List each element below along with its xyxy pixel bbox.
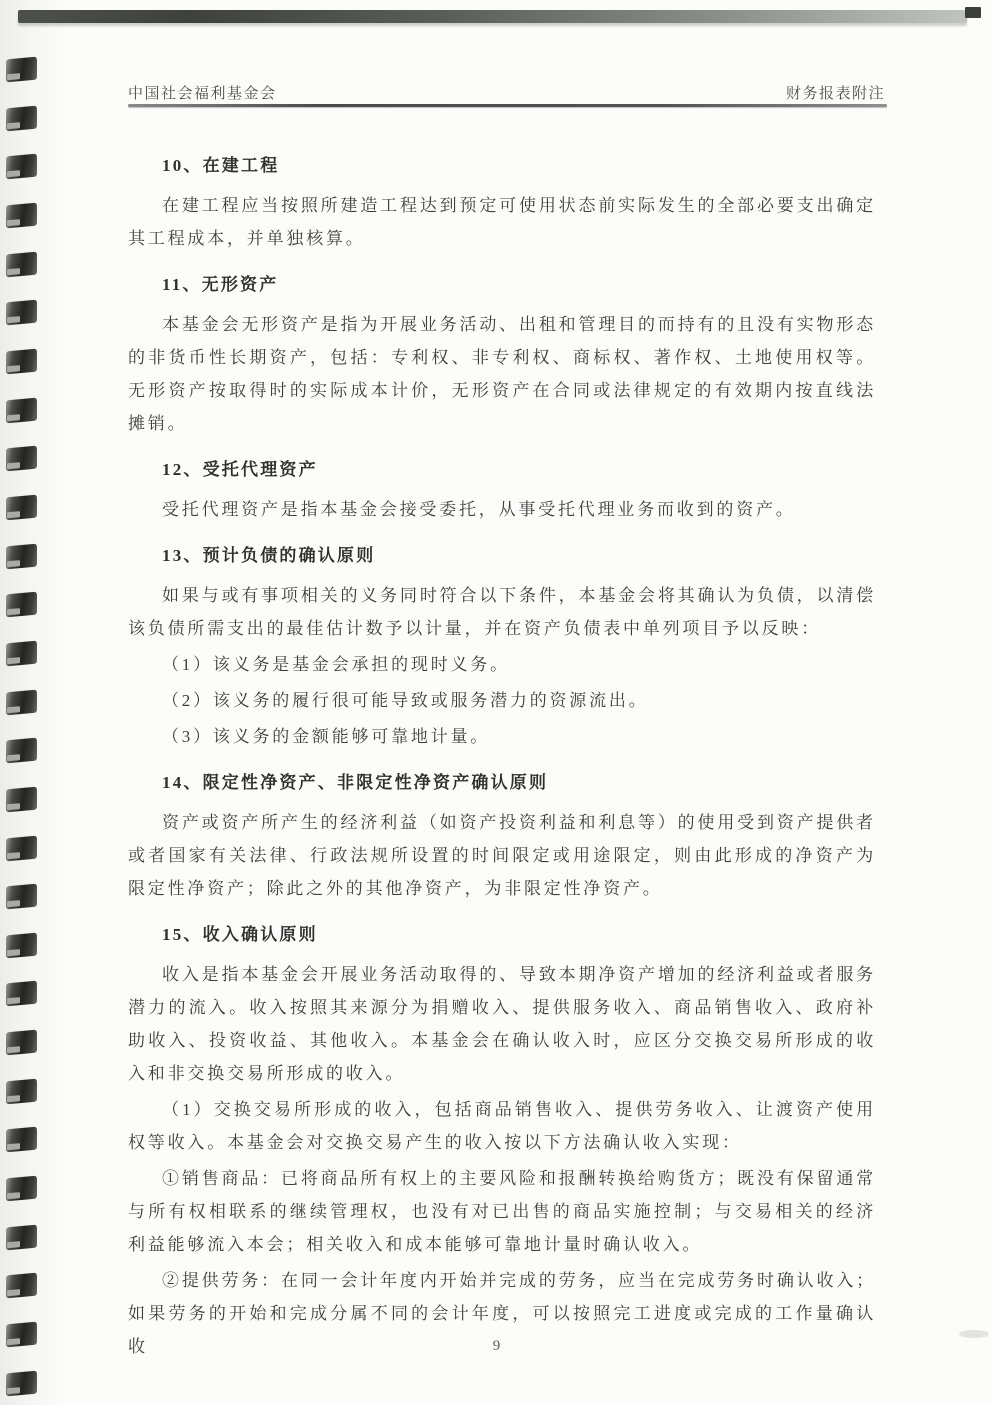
spiral-coil-mark bbox=[6, 543, 37, 569]
spiral-coil-mark bbox=[6, 349, 37, 375]
spiral-coil-mark bbox=[6, 1273, 37, 1299]
spiral-coil-mark bbox=[6, 105, 37, 131]
spiral-coil-mark bbox=[6, 495, 37, 521]
spiral-coil-mark bbox=[6, 981, 37, 1007]
spiral-coil-mark bbox=[6, 1224, 37, 1250]
spiral-coil-mark bbox=[6, 689, 37, 715]
paragraph: （1）该义务是基金会承担的现时义务。 bbox=[128, 648, 876, 681]
section-heading: 15、收入确认原则 bbox=[128, 918, 876, 951]
spiral-coil-mark bbox=[6, 592, 37, 618]
spiral-coil-mark bbox=[6, 203, 37, 229]
spiral-coil-mark bbox=[6, 835, 37, 861]
spiral-coil-mark bbox=[6, 1030, 37, 1056]
page-number: 9 bbox=[0, 1338, 993, 1355]
spiral-coil-mark bbox=[6, 786, 37, 812]
spiral-coil-mark bbox=[6, 641, 37, 667]
spiral-coil-mark bbox=[6, 57, 37, 83]
paragraph: 本基金会无形资产是指为开展业务活动、出租和管理目的而持有的且没有实物形态的非货币… bbox=[128, 308, 876, 440]
section-heading: 11、无形资产 bbox=[128, 268, 876, 301]
paragraph: 资产或资产所产生的经济利益（如资产投资利益和利息等）的使用受到资产提供者或者国家… bbox=[128, 806, 876, 905]
paragraph: （2）该义务的履行很可能导致或服务潜力的资源流出。 bbox=[128, 684, 876, 717]
paragraph: 受托代理资产是指本基金会接受委托，从事受托代理业务而收到的资产。 bbox=[128, 493, 876, 526]
spiral-coil-mark bbox=[6, 1078, 37, 1104]
spiral-coil-mark bbox=[6, 1370, 37, 1396]
spiral-coil-mark bbox=[6, 738, 37, 764]
spiral-coil-mark bbox=[6, 1322, 37, 1348]
header-doc-title: 财务报表附注 bbox=[786, 82, 885, 103]
spiral-coil-mark bbox=[6, 154, 37, 180]
spiral-coil-mark bbox=[6, 1176, 37, 1202]
scanned-document-page: 中国社会福利基金会 财务报表附注 10、在建工程在建工程应当按照所建造工程达到预… bbox=[0, 0, 993, 1405]
spiral-coil-mark bbox=[6, 397, 37, 423]
spiral-coil-mark bbox=[6, 300, 37, 326]
spiral-coil-mark bbox=[6, 251, 37, 277]
paragraph: 如果与或有事项相关的义务同时符合以下条件，本基金会将其确认为负债，以清偿该负债所… bbox=[128, 579, 876, 645]
section-heading: 10、在建工程 bbox=[128, 149, 876, 182]
paragraph: ①销售商品：已将商品所有权上的主要风险和报酬转换给购货方；既没有保留通常与所有权… bbox=[128, 1162, 876, 1261]
scan-top-edge-bar bbox=[18, 10, 967, 23]
paragraph: 在建工程应当按照所建造工程达到预定可使用状态前实际发生的全部必要支出确定其工程成… bbox=[128, 189, 876, 255]
paragraph: 收入是指本基金会开展业务活动取得的、导致本期净资产增加的经济利益或者服务潜力的流… bbox=[128, 958, 876, 1090]
spiral-coil-mark bbox=[6, 1127, 37, 1153]
paragraph: （3）该义务的金额能够可靠地计量。 bbox=[128, 720, 876, 753]
paragraph: （1）交换交易所形成的收入，包括商品销售收入、提供劳务收入、让渡资产使用权等收入… bbox=[128, 1093, 876, 1159]
spiral-coil-mark bbox=[6, 884, 37, 910]
spiral-binding bbox=[6, 58, 46, 1395]
spiral-coil-mark bbox=[6, 446, 37, 472]
scan-smudge bbox=[959, 1330, 989, 1338]
section-heading: 13、预计负债的确认原则 bbox=[128, 539, 876, 572]
header-org-name: 中国社会福利基金会 bbox=[128, 82, 277, 103]
section-heading: 12、受托代理资产 bbox=[128, 453, 876, 486]
page-header: 中国社会福利基金会 财务报表附注 bbox=[128, 82, 885, 103]
document-body: 10、在建工程在建工程应当按照所建造工程达到预定可使用状态前实际发生的全部必要支… bbox=[128, 136, 876, 1366]
spiral-coil-mark bbox=[6, 932, 37, 958]
header-divider bbox=[128, 104, 887, 107]
section-heading: 14、限定性净资产、非限定性净资产确认原则 bbox=[128, 766, 876, 799]
